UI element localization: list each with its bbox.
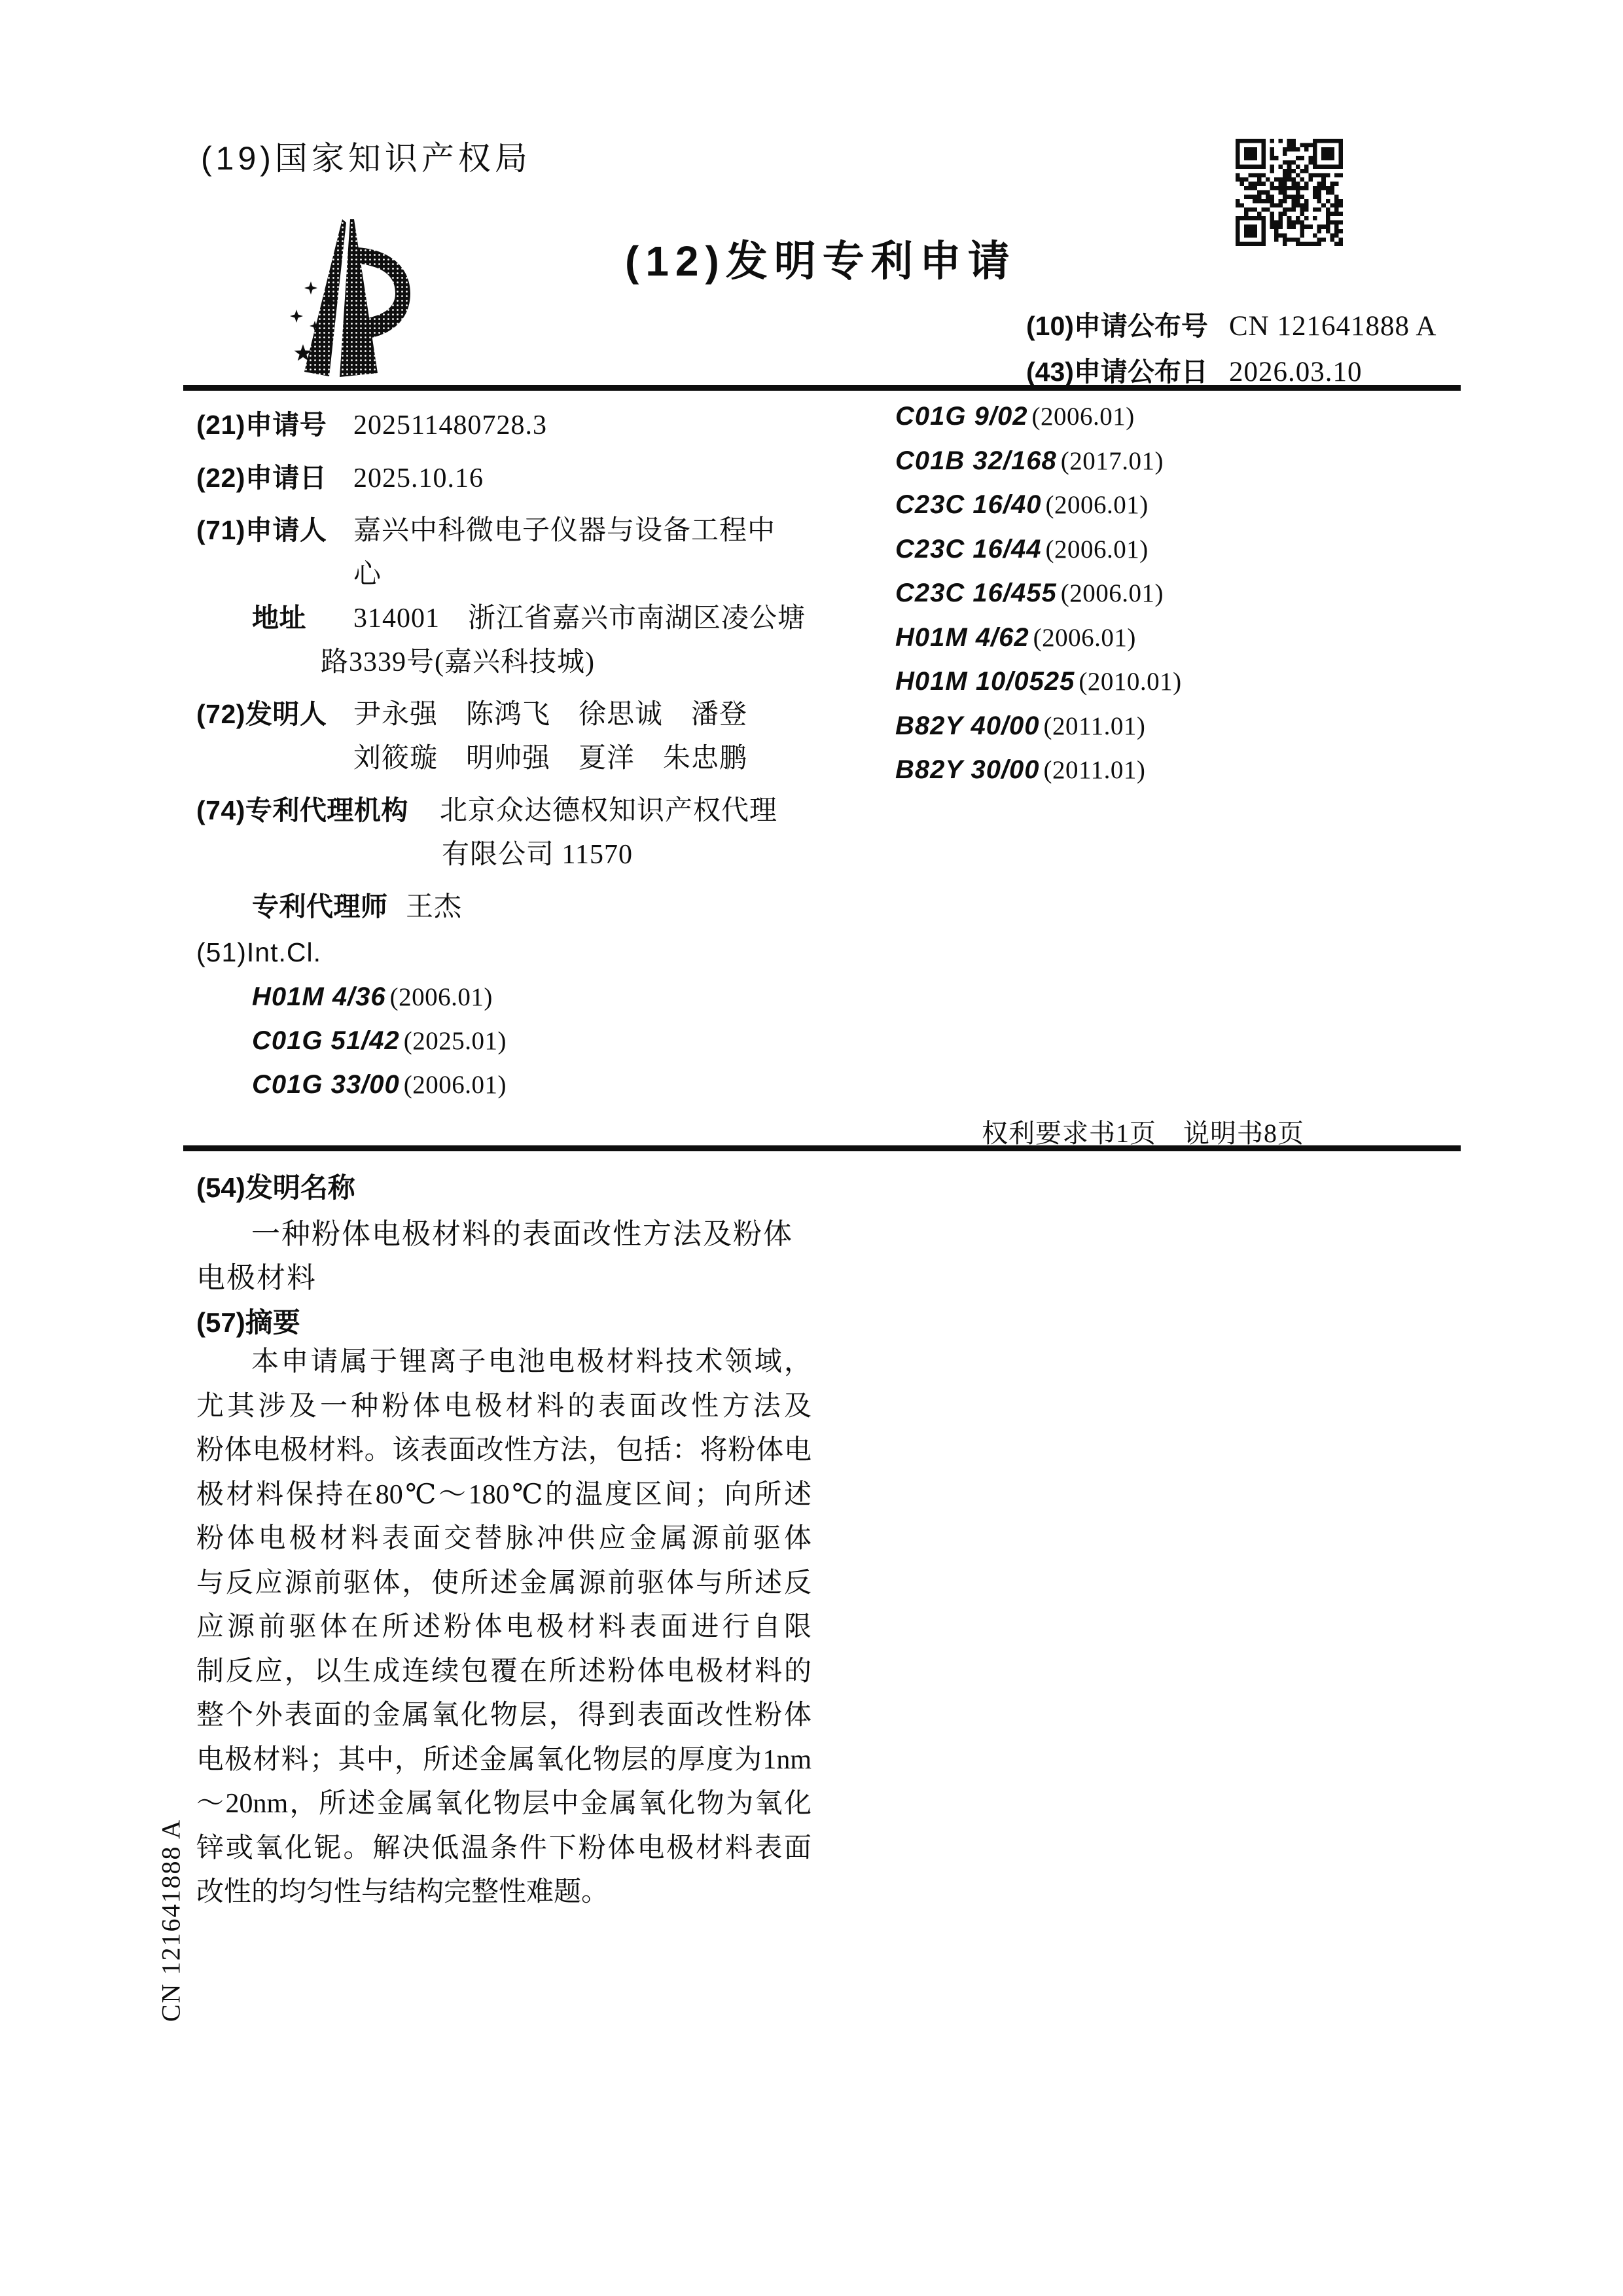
abstract-line: 应源前驱体在所述粉体电极材料表面进行自限 [196,1605,811,1650]
abstract-line: 极材料保持在80℃～180℃的温度区间；向所述 [196,1473,811,1518]
doc-type-title: (12)发明专利申请 [625,228,1016,288]
address-label: 地址 [252,596,353,635]
abstract-line: ～20nm，所述金属氧化物层中金属氧化物为氧化 [196,1782,811,1827]
ipc-code-row: C23C 16/40(2006.01) [895,489,1149,520]
inventors-label: (72)发明人 [196,692,353,731]
abstract-line: 粉体电极材料。该表面改性方法，包括：将粉体电 [196,1429,811,1473]
applicant-value-line2: 心 [353,560,382,590]
ipc-version: (2006.01) [1033,624,1136,652]
ipc-code: B82Y 30/00 [895,755,1040,784]
ipc-code-row: B82Y 40/00(2011.01) [895,710,1145,742]
applicant-row-wrap: 心 [353,552,382,592]
inventors-line1: 尹永强 陈鸿飞 徐思诚 潘登 [353,700,747,730]
ipc-code-row: C23C 16/44(2006.01) [895,533,1149,565]
intcl-version: (2006.01) [390,983,493,1011]
ipc-version: (2006.01) [1031,403,1134,431]
abstract-line: 改性的均匀性与结构完整性难题。 [196,1871,811,1915]
invention-title-line2: 电极材料 [196,1254,317,1296]
abstract-line: 锌或氧化铌。解决低温条件下粉体电极材料表面 [196,1827,811,1871]
address-row: 地址314001 浙江省嘉兴市南湖区凌公塘 [252,596,806,636]
ipc-code: B82Y 40/00 [895,711,1040,740]
ipc-version: (2006.01) [1045,535,1148,564]
application-number-label: (21)申请号 [196,403,353,442]
abstract-line: 尤其涉及一种粉体电极材料的表面改性方法及 [196,1385,811,1429]
applicant-label: (71)申请人 [196,509,353,547]
patent-front-page: (19)国家知识产权局 (12)发明专利申请 (10)申请公布号CN 12164… [0,0,1623,2296]
pages-note: 权利要求书1页 说明书8页 [982,1113,1304,1150]
invention-title-line1: 一种粉体电极材料的表面改性方法及粉体 [251,1210,793,1252]
abstract-line: 与反应源前驱体，使所述金属源前驱体与所述反 [196,1562,811,1606]
agent-name: 王杰 [406,892,462,922]
agency-line2: 有限公司 11570 [442,840,633,870]
abstract-line: 本申请属于锂离子电池电极材料技术领域， [196,1340,811,1385]
pub-date-value: 2026.03.10 [1229,357,1363,387]
intcl-label: (51)Int.Cl. [196,937,321,967]
application-date-row: (22)申请日2025.10.16 [196,456,484,495]
ipc-code: C01G 9/02 [895,402,1027,431]
ipc-version: (2006.01) [1045,491,1148,519]
pub-number-line: (10)申请公布号CN 121641888 A [1026,304,1436,343]
ipc-code-row: C01G 9/02(2006.01) [895,401,1135,432]
ipc-code-row: C01B 32/168(2017.01) [895,445,1164,476]
abstract-line: 粉体电极材料表面交替脉冲供应金属源前驱体 [196,1517,811,1562]
application-number-value: 202511480728.3 [353,410,547,440]
application-number-row: (21)申请号202511480728.3 [196,403,547,442]
ipc-code: H01M 4/62 [895,623,1029,652]
ipc-code: C23C 16/455 [895,579,1057,607]
abstract-line: 整个外表面的金属氧化物层，得到表面改性粉体 [196,1694,811,1738]
inventors-row-wrap: 刘筱璇 明帅强 夏洋 朱忠鹏 [353,736,747,776]
ipc-code-row: B82Y 30/00(2011.01) [895,754,1145,785]
side-publication-code: CN 121641888 A [148,1818,194,2022]
ipc-version: (2011.01) [1044,712,1146,740]
agency-row: (74)专利代理机构北京众达德权知识产权代理 [196,789,777,828]
ipc-code-row: H01M 10/0525(2010.01) [895,666,1182,697]
ipc-code: C01B 32/168 [895,446,1057,475]
intcl-header: (51)Int.Cl. [196,937,321,968]
abstract-line: 电极材料；其中，所述金属氧化物层的厚度为1nm [196,1738,811,1783]
pub-date-line: (43)申请公布日2026.03.10 [1026,350,1363,389]
intcl-version: (2006.01) [404,1071,507,1099]
intcl-code: H01M 4/36 [252,982,386,1011]
address-value-line1: 314001 浙江省嘉兴市南湖区凌公塘 [353,603,806,634]
title-section-label: (54)发明名称 [196,1166,355,1206]
ipc-version: (2017.01) [1061,447,1164,475]
body-rule [183,1145,1461,1151]
ipc-code-row: H01M 4/62(2006.01) [895,622,1136,653]
ipc-code: H01M 10/0525 [895,667,1075,696]
pub-date-label: (43)申请公布日 [1026,350,1229,389]
abstract-line: 制反应，以生成连续包覆在所述粉体电极材料的 [196,1650,811,1695]
header-rule [183,385,1461,391]
pub-number-label: (10)申请公布号 [1026,304,1229,343]
abstract-text: 本申请属于锂离子电池电极材料技术领域， 尤其涉及一种粉体电极材料的表面改性方法及… [196,1340,811,1915]
inventors-line2: 刘筱璇 明帅强 夏洋 朱忠鹏 [353,744,747,774]
agent-row: 专利代理师王杰 [252,885,462,924]
ipc-version: (2010.01) [1079,668,1181,696]
intcl-code: C01G 33/00 [252,1070,400,1099]
intcl-row: C01G 51/42(2025.01) [252,1025,507,1056]
agency-line1: 北京众达德权知识产权代理 [440,796,777,826]
agent-label: 专利代理师 [252,885,406,924]
agency-row-wrap: 有限公司 11570 [442,833,633,872]
application-date-value: 2025.10.16 [353,463,484,493]
ipc-version: (2011.01) [1044,756,1146,784]
ipc-code-row: C23C 16/455(2006.01) [895,577,1164,609]
abstract-section-label: (57)摘要 [196,1301,300,1340]
applicant-row: (71)申请人嘉兴中科微电子仪器与设备工程中 [196,509,776,548]
ipc-code: C23C 16/44 [895,535,1041,564]
pub-number-value: CN 121641888 A [1229,311,1436,342]
address-value-line2: 路3339号(嘉兴科技城) [321,647,595,677]
ipc-version: (2006.01) [1061,579,1164,607]
intcl-row: C01G 33/00(2006.01) [252,1069,507,1100]
address-row-wrap: 路3339号(嘉兴科技城) [321,640,595,679]
qr-code [1236,139,1343,246]
applicant-value-line1: 嘉兴中科微电子仪器与设备工程中 [353,516,776,546]
inventors-row: (72)发明人尹永强 陈鸿飞 徐思诚 潘登 [196,692,747,732]
intcl-row: H01M 4/36(2006.01) [252,981,493,1013]
intcl-version: (2025.01) [404,1027,507,1055]
intcl-code: C01G 51/42 [252,1026,400,1055]
office-name: (19)国家知识产权局 [201,132,531,179]
application-date-label: (22)申请日 [196,456,353,495]
cnipa-logo [272,216,429,380]
agency-label: (74)专利代理机构 [196,789,440,827]
ipc-code: C23C 16/40 [895,490,1041,519]
